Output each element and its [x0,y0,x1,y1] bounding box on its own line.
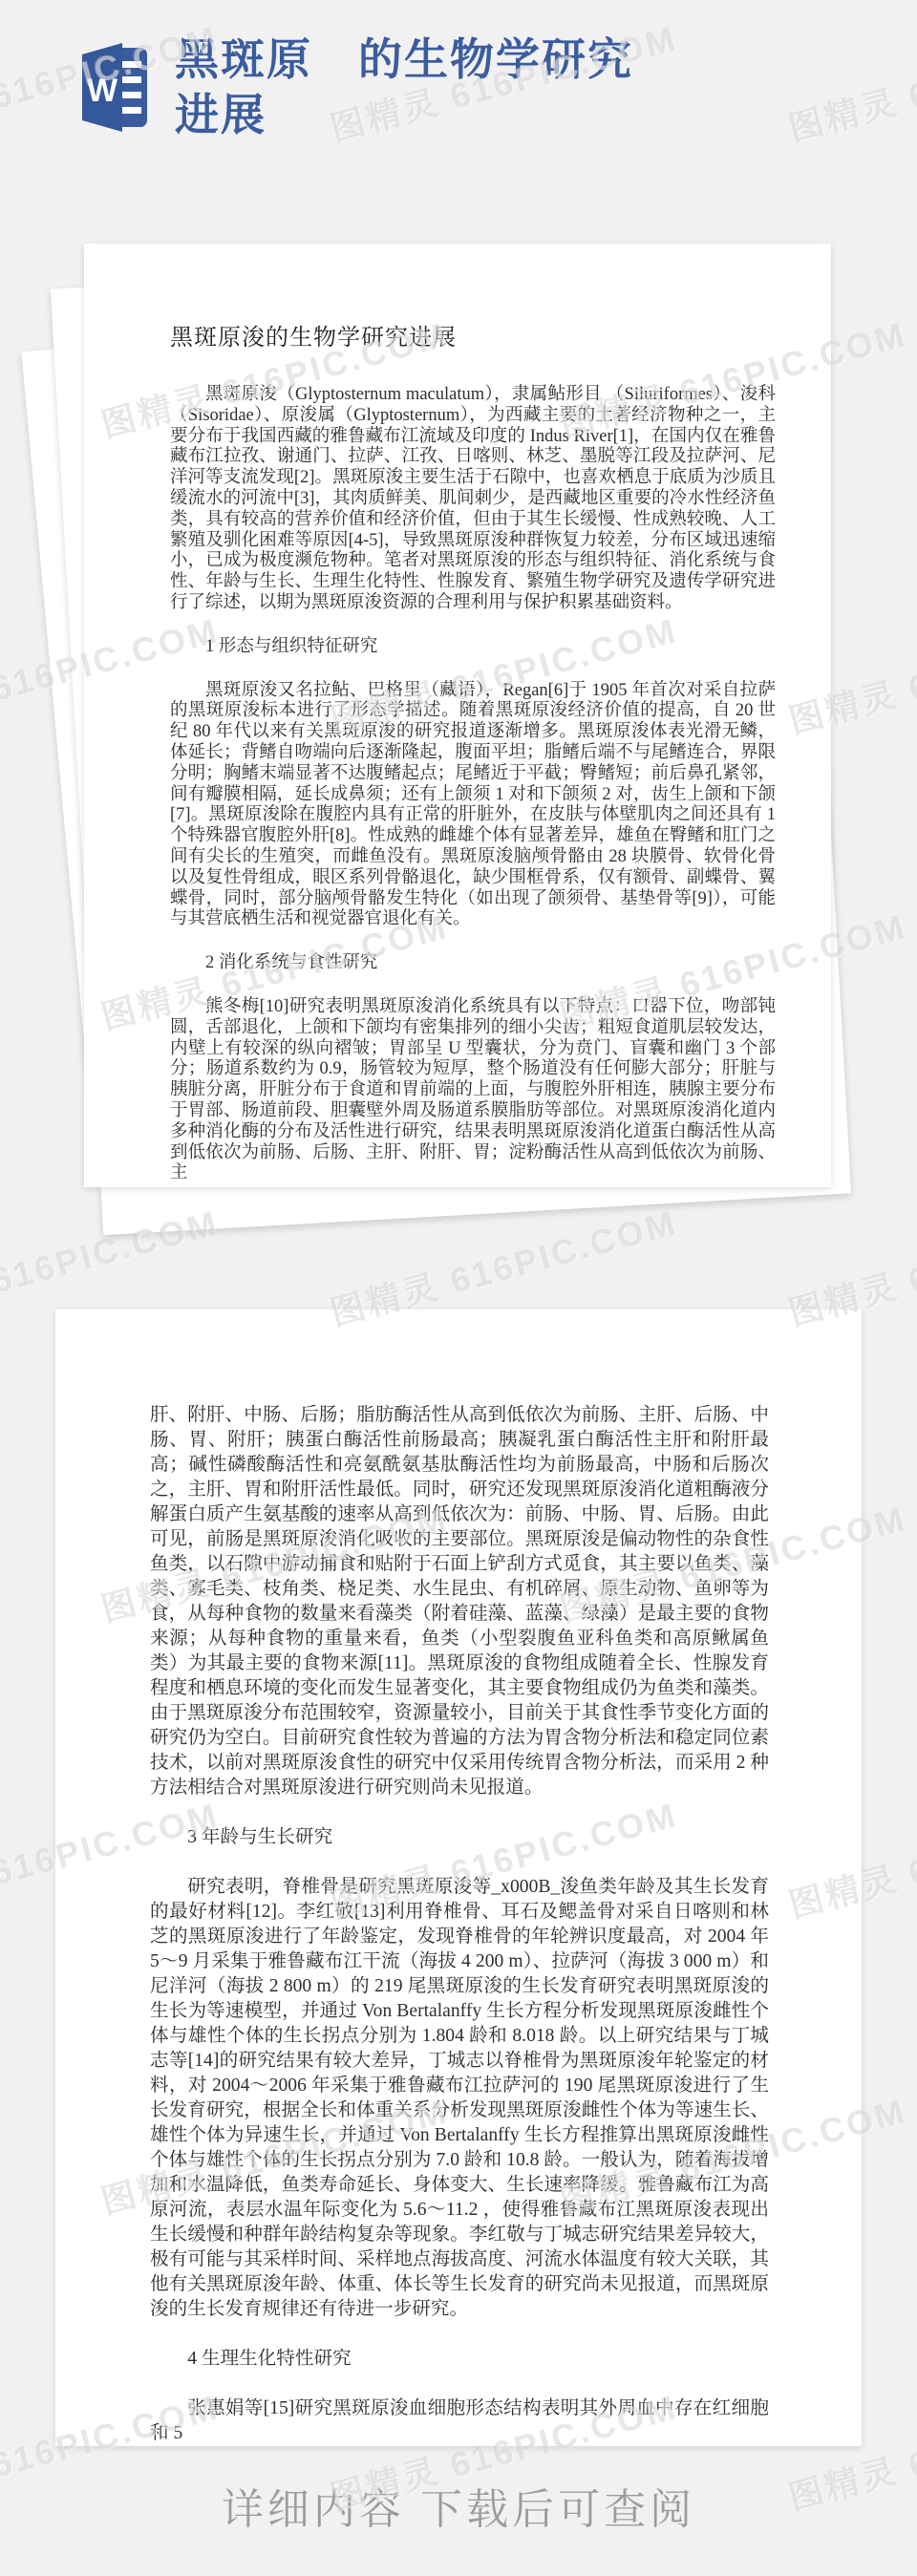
svg-text:W: W [87,73,118,109]
page-title: 黑斑原 的生物学研究 进展 [175,32,843,143]
section-heading: 4 生理生化特性研究 [150,2347,769,2372]
document-title: 黑斑原浚的生物学研究进展 [170,324,776,352]
section-heading: 3 年龄与生长研究 [150,1825,769,1850]
document-preview-page-1[interactable]: 黑斑原浚的生物学研究进展 黑斑原浚（Glyptosternum maculatu… [84,244,831,1187]
document-preview-page-2[interactable]: 肝、附肝、中肠、后肠；脂肪酶活性从高到低依次为前肠、主肝、后肠、中肠、胃、附肝；… [55,1309,862,2446]
section-heading: 2 消化系统与食性研究 [170,953,776,974]
doc-paragraph: 熊冬梅[10]研究表明黑斑原浚消化系统具有以下特点：口器下位，吻部钝圆，舌部退化… [170,997,776,1184]
download-notice: 详细内容 下载后可查阅 [0,2480,917,2541]
document-body-page-1: 黑斑原浚（Glyptosternum maculatum），隶属鲇形目 （Sil… [170,385,776,1184]
section-heading: 1 形态与组织特征研究 [170,637,776,658]
doc-paragraph: 黑斑原浚又名拉鲇、巴格里（藏语），Regan[6]于 1905 年首次对采自拉萨… [170,681,776,931]
doc-paragraph: 黑斑原浚（Glyptosternum maculatum），隶属鲇形目 （Sil… [170,385,776,614]
word-document-icon: W [80,42,149,133]
word-icon: W [80,42,149,133]
page-title-line2: 进展 [175,88,843,143]
doc-paragraph: 肝、附肝、中肠、后肠；脂肪酶活性从高到低依次为前肠、主肝、后肠、中肠、胃、附肝；… [150,1403,769,1800]
doc-paragraph: 研究表明，脊椎骨是研究黑斑原浚等_x000B_浚鱼类年龄及其生长发育的最好材料[… [150,1875,769,2322]
doc-paragraph: 张惠娟等[15]研究黑斑原浚血细胞形态结构表明其外周血中存在红细胞和 5 [150,2396,769,2446]
document-body-page-2: 肝、附肝、中肠、后肠；脂肪酶活性从高到低依次为前肠、主肝、后肠、中肠、胃、附肝；… [150,1403,769,2446]
page-title-line1: 黑斑原 的生物学研究 [175,32,843,88]
